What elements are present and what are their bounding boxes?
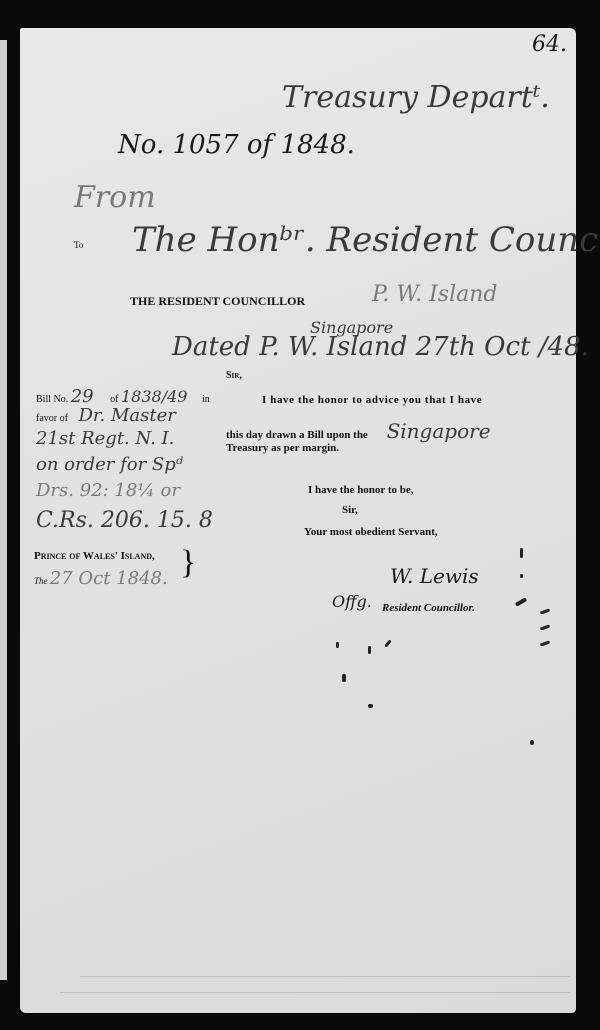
treasury-insert: Singapore: [387, 419, 491, 443]
ink-bleed-mark: [540, 608, 550, 614]
ink-bleed-mark: [342, 674, 346, 682]
favor-label: favor of: [36, 413, 68, 424]
salutation: Sir,: [226, 370, 242, 381]
margin-line: 21st Regt. N. I.: [36, 426, 236, 452]
bracket: }: [180, 544, 196, 582]
ink-bleed-mark: [384, 639, 391, 647]
ink-bleed-mark: [336, 642, 339, 648]
page-number: 64.: [532, 32, 567, 57]
signatory-title: Resident Councillor.: [382, 602, 475, 614]
margin-line: on order for Spᵈ: [36, 452, 236, 478]
of-label: of: [110, 394, 118, 405]
body-line-1: I have the honor to advice you that I ha…: [262, 394, 482, 406]
addressee-handwritten: The Honᵇʳ. Resident Councillor: [132, 220, 600, 260]
offg-mark: Offg.: [332, 592, 372, 611]
adjacent-page-edge: [0, 40, 7, 980]
bottom-rule: [80, 976, 570, 977]
addressee-location: P. W. Island: [372, 282, 497, 307]
ink-bleed-mark: [520, 574, 523, 578]
department-heading: Treasury Departᵗ.: [282, 80, 550, 115]
bottom-rule: [60, 992, 570, 993]
dated-line: Dated P. W. Island 27th Oct /48.: [172, 332, 589, 362]
ink-bleed-mark: [540, 624, 550, 630]
body-line-2: this day drawn a Bill upon the: [226, 429, 368, 441]
reference-number: No. 1057 of 1848.: [118, 130, 355, 160]
from-label: From: [74, 180, 156, 215]
closing-line-1: I have the honor to be,: [308, 484, 414, 496]
bill-margin: Bill No. 29 of 1838/49 in favor of Dr. M…: [36, 386, 236, 538]
place-label: Prince of Wales' Island,: [34, 550, 155, 562]
ink-bleed-mark: [515, 597, 527, 606]
ink-bleed-mark: [540, 640, 550, 646]
signature: W. Lewis: [390, 564, 479, 588]
ink-bleed-mark: [368, 704, 373, 708]
bill-no-value: 29: [71, 386, 94, 407]
date-value: 27 Oct 1848.: [50, 568, 168, 589]
date-label: The: [34, 576, 48, 586]
ink-bleed-mark: [520, 548, 523, 558]
favor-value: Dr. Master: [78, 405, 175, 426]
margin-amount: C.Rs. 206. 15. 8: [36, 504, 236, 538]
ink-bleed-mark: [368, 646, 371, 654]
of-value: 1838/49: [121, 387, 187, 406]
in-label: in: [202, 394, 210, 405]
document-page: 64. Treasury Departᵗ. No. 1057 of 1848. …: [20, 28, 576, 1013]
printed-addressee: THE RESIDENT COUNCILLOR: [130, 294, 305, 309]
margin-line: Drs. 92: 18¼ or: [36, 478, 236, 504]
to-label: To: [74, 240, 83, 250]
ink-bleed-mark: [530, 740, 534, 745]
body-line-3: Treasury as per margin.: [226, 442, 339, 454]
closing-line-2: Sir,: [342, 504, 358, 516]
closing-line-3: Your most obedient Servant,: [304, 526, 438, 538]
bill-no-label: Bill No.: [36, 394, 68, 405]
